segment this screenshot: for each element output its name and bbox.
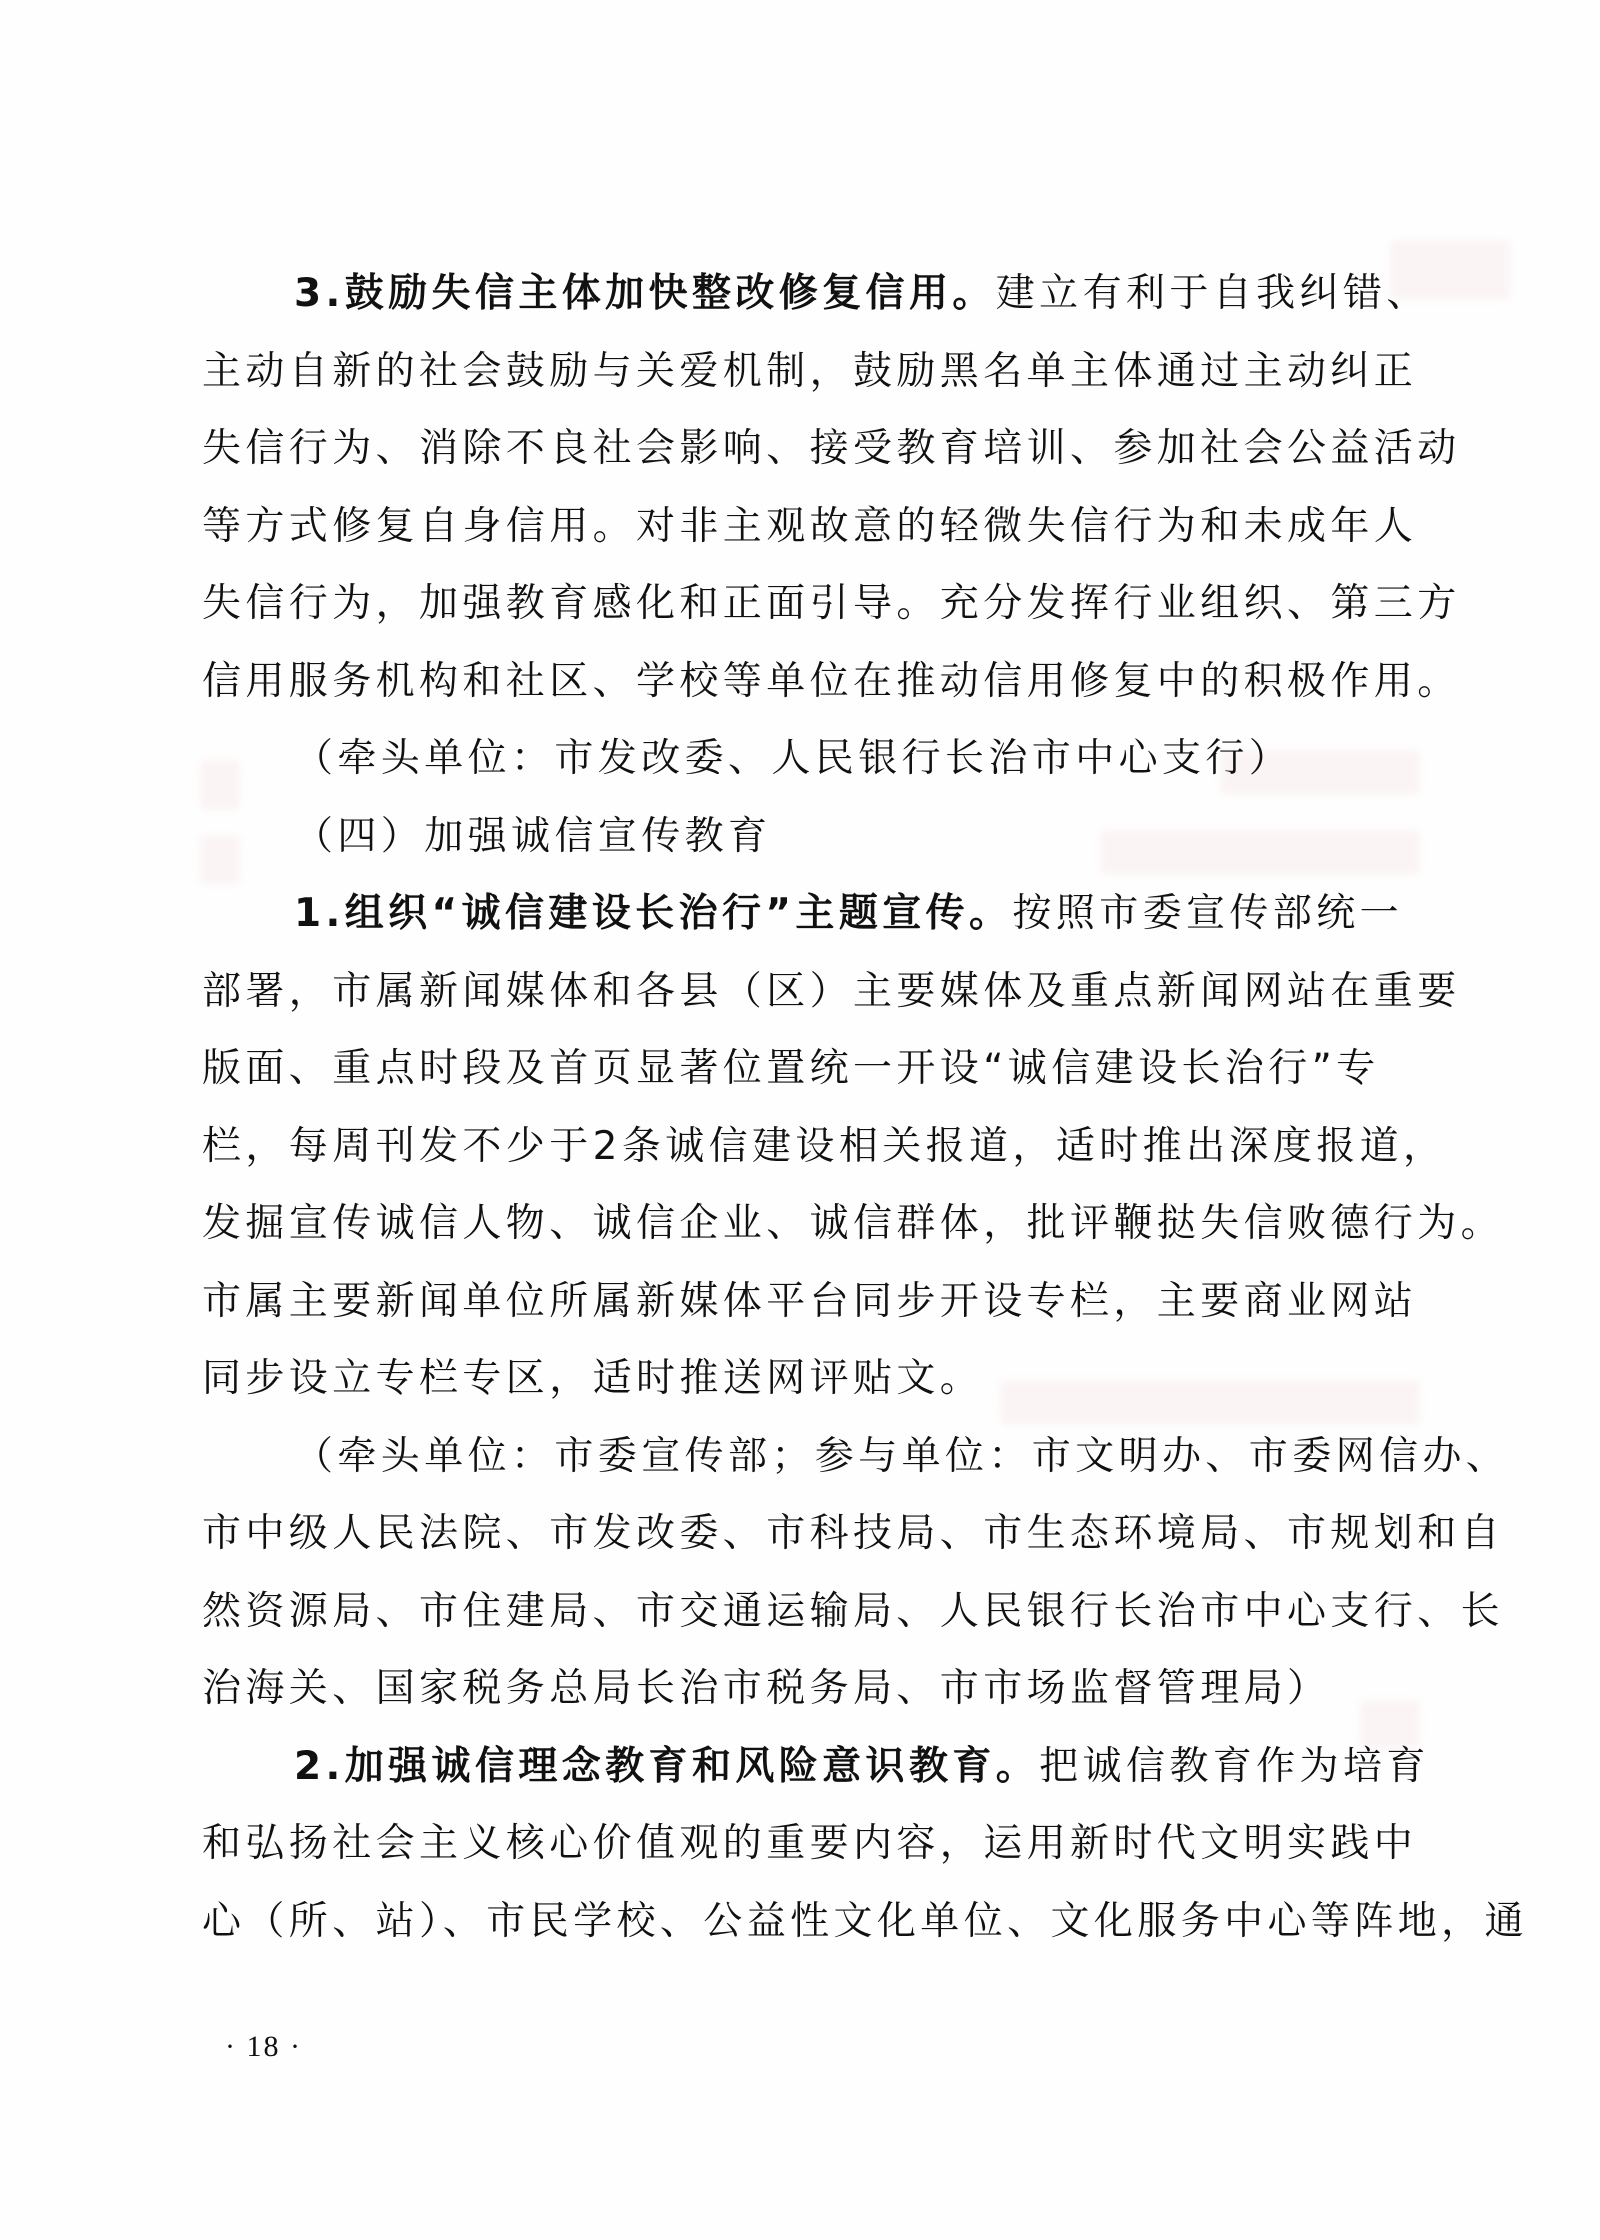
paragraph-line: 主动自新的社会鼓励与关爱机制，鼓励黑名单主体通过主动纠正 — [202, 333, 1434, 411]
item-heading: 1.组织“诚信建设长治行”主题宣传。 — [294, 891, 1012, 936]
section-heading: （四）加强诚信宣传教育 — [202, 798, 1434, 876]
paragraph-line: 1.组织“诚信建设长治行”主题宣传。按照市委宣传部统一 — [202, 875, 1434, 953]
paragraph-line: 部署，市属新闻媒体和各县（区）主要媒体及重点新闻网站在重要 — [202, 953, 1434, 1031]
paragraph-line: 和弘扬社会主义核心价值观的重要内容，运用新时代文明实践中 — [202, 1805, 1434, 1883]
lead-unit-note: （牵头单位：市委宣传部；参与单位：市文明办、市委网信办、 — [202, 1418, 1434, 1496]
paragraph-line: 同步设立专栏专区，适时推送网评贴文。 — [202, 1340, 1434, 1418]
item-heading: 3.鼓励失信主体加快整改修复信用。 — [294, 271, 996, 316]
lead-unit-note: 然资源局、市住建局、市交通运输局、人民银行长治市中心支行、长 — [202, 1573, 1434, 1651]
paragraph-line: 心（所、站）、市民学校、公益性文化单位、文化服务中心等阵地，通 — [202, 1883, 1434, 1961]
paragraph-line: 发掘宣传诚信人物、诚信企业、诚信群体，批评鞭挞失信败德行为。 — [202, 1185, 1434, 1263]
document-page: 3.鼓励失信主体加快整改修复信用。建立有利于自我纠错、 主动自新的社会鼓励与关爱… — [0, 0, 1600, 2240]
paragraph-line: 信用服务机构和社区、学校等单位在推动信用修复中的积极作用。 — [202, 643, 1434, 721]
paragraph-line: 等方式修复自身信用。对非主观故意的轻微失信行为和未成年人 — [202, 488, 1434, 566]
lead-unit-note: （牵头单位：市发改委、人民银行长治市中心支行） — [202, 720, 1434, 798]
page-number: · 18 · — [225, 2030, 302, 2064]
lead-unit-note: 市中级人民法院、市发改委、市科技局、市生态环境局、市规划和自 — [202, 1495, 1434, 1573]
paragraph-line: 版面、重点时段及首页显著位置统一开设“诚信建设长治行”专 — [202, 1030, 1434, 1108]
lead-unit-note: 治海关、国家税务总局长治市税务局、市市场监督管理局） — [202, 1650, 1434, 1728]
paragraph-line: 失信行为，加强教育感化和正面引导。充分发挥行业组织、第三方 — [202, 565, 1434, 643]
paragraph-line: 3.鼓励失信主体加快整改修复信用。建立有利于自我纠错、 — [202, 255, 1434, 333]
paragraph-line: 失信行为、消除不良社会影响、接受教育培训、参加社会公益活动 — [202, 410, 1434, 488]
item-heading: 2.加强诚信理念教育和风险意识教育。 — [294, 1744, 1039, 1789]
paragraph-line: 栏，每周刊发不少于2条诚信建设相关报道，适时推出深度报道， — [202, 1108, 1434, 1186]
document-body: 3.鼓励失信主体加快整改修复信用。建立有利于自我纠错、 主动自新的社会鼓励与关爱… — [202, 255, 1434, 1960]
paragraph-line: 2.加强诚信理念教育和风险意识教育。把诚信教育作为培育 — [202, 1728, 1434, 1806]
paragraph-line: 市属主要新闻单位所属新媒体平台同步开设专栏，主要商业网站 — [202, 1263, 1434, 1341]
